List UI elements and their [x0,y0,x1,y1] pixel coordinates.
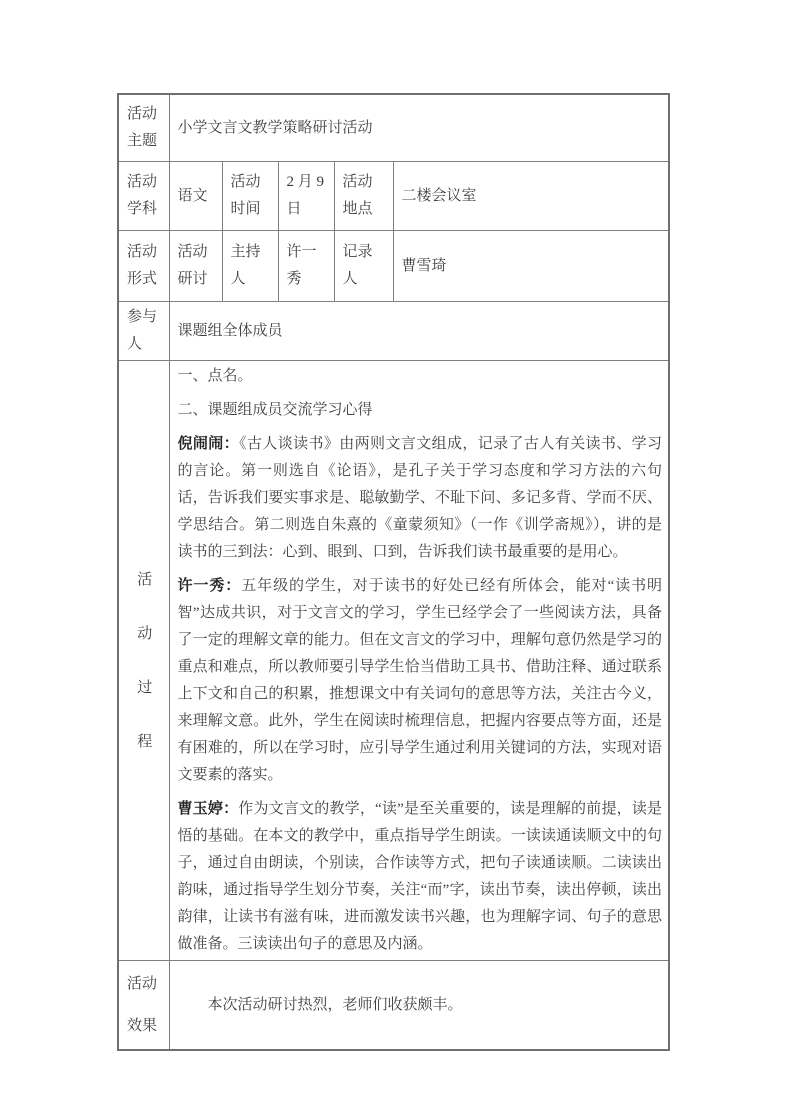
speaker-name: 曹玉婷： [178,801,239,817]
table-row-theme: 活动主题 小学文言文教学策略研讨活动 [118,94,669,162]
process-label-char: 活 [127,553,163,607]
effect-content: 本次活动研讨热烈，老师们收获颇丰。 [169,961,669,1051]
theme-value: 小学文言文教学策略研讨活动 [169,94,669,162]
host-value: 许一秀 [278,231,334,302]
speaker-name: 许一秀： [178,578,242,594]
process-item: 倪闹闹：《古人谈读书》由两则文言文组成，记录了古人有关读书、学习的言论。第一则选… [178,431,663,566]
process-label-char: 程 [127,715,163,769]
table-row-effect: 活动 效果 本次活动研讨热烈，老师们收获颇丰。 [118,961,669,1051]
place-value: 二楼会议室 [393,162,669,231]
form-value: 活动研讨 [169,231,222,302]
process-item-text: 一、点名。 [178,368,253,384]
process-item: 一、点名。 [178,363,663,390]
effect-label-line: 效果 [127,1005,163,1047]
process-item: 许一秀：五年级的学生，对于读书的好处已经有所体会，能对“读书明智”达成共识，对于… [178,573,663,789]
table-row-process: 活 动 过 程 一、点名。 二、课题组成员交流学习心得 倪闹闹：《古人谈读书》由… [118,361,669,961]
process-label-char: 过 [127,661,163,715]
theme-label: 活动主题 [118,94,169,162]
host-label: 主持人 [222,231,278,302]
process-item-text: 作为文言文的教学，“读”是至关重要的，读是理解的前提，读是悟的基础。在本文的教学… [178,801,663,952]
process-item-text: 五年级的学生，对于读书的好处已经有所体会，能对“读书明智”达成共识，对于文言文的… [178,578,663,783]
process-item: 二、课题组成员交流学习心得 [178,397,663,424]
speaker-name: 倪闹闹： [178,436,240,452]
form-label: 活动形式 [118,231,169,302]
table-row-form: 活动形式 活动研讨 主持人 许一秀 记录人 曹雪琦 [118,231,669,302]
activity-record-table: 活动主题 小学文言文教学策略研讨活动 活动学科 语文 活动时间 2 月 9 日 … [117,93,670,1051]
process-content: 一、点名。 二、课题组成员交流学习心得 倪闹闹：《古人谈读书》由两则文言文组成，… [169,361,669,961]
participants-label: 参与人 [118,302,169,361]
subject-label: 活动学科 [118,162,169,231]
document-page: 活动主题 小学文言文教学策略研讨活动 活动学科 语文 活动时间 2 月 9 日 … [0,0,794,1108]
participants-value: 课题组全体成员 [169,302,669,361]
time-label: 活动时间 [222,162,278,231]
table-row-participants: 参与人 课题组全体成员 [118,302,669,361]
subject-value: 语文 [169,162,222,231]
time-value: 2 月 9 日 [278,162,334,231]
process-item-text: 《古人谈读书》由两则文言文组成，记录了古人有关读书、学习的言论。第一则选自《论语… [178,436,663,560]
effect-label: 活动 效果 [118,961,169,1051]
recorder-label: 记录人 [334,231,393,302]
effect-value: 本次活动研讨热烈，老师们收获颇丰。 [178,992,663,1019]
recorder-value: 曹雪琦 [393,231,669,302]
effect-label-line: 活动 [127,963,163,1005]
process-item-text: 二、课题组成员交流学习心得 [178,402,373,418]
process-item: 曹玉婷：作为文言文的教学，“读”是至关重要的，读是理解的前提，读是悟的基础。在本… [178,796,663,958]
table-row-info: 活动学科 语文 活动时间 2 月 9 日 活动地点 二楼会议室 [118,162,669,231]
place-label: 活动地点 [334,162,393,231]
process-label-char: 动 [127,607,163,661]
process-label: 活 动 过 程 [118,361,169,961]
